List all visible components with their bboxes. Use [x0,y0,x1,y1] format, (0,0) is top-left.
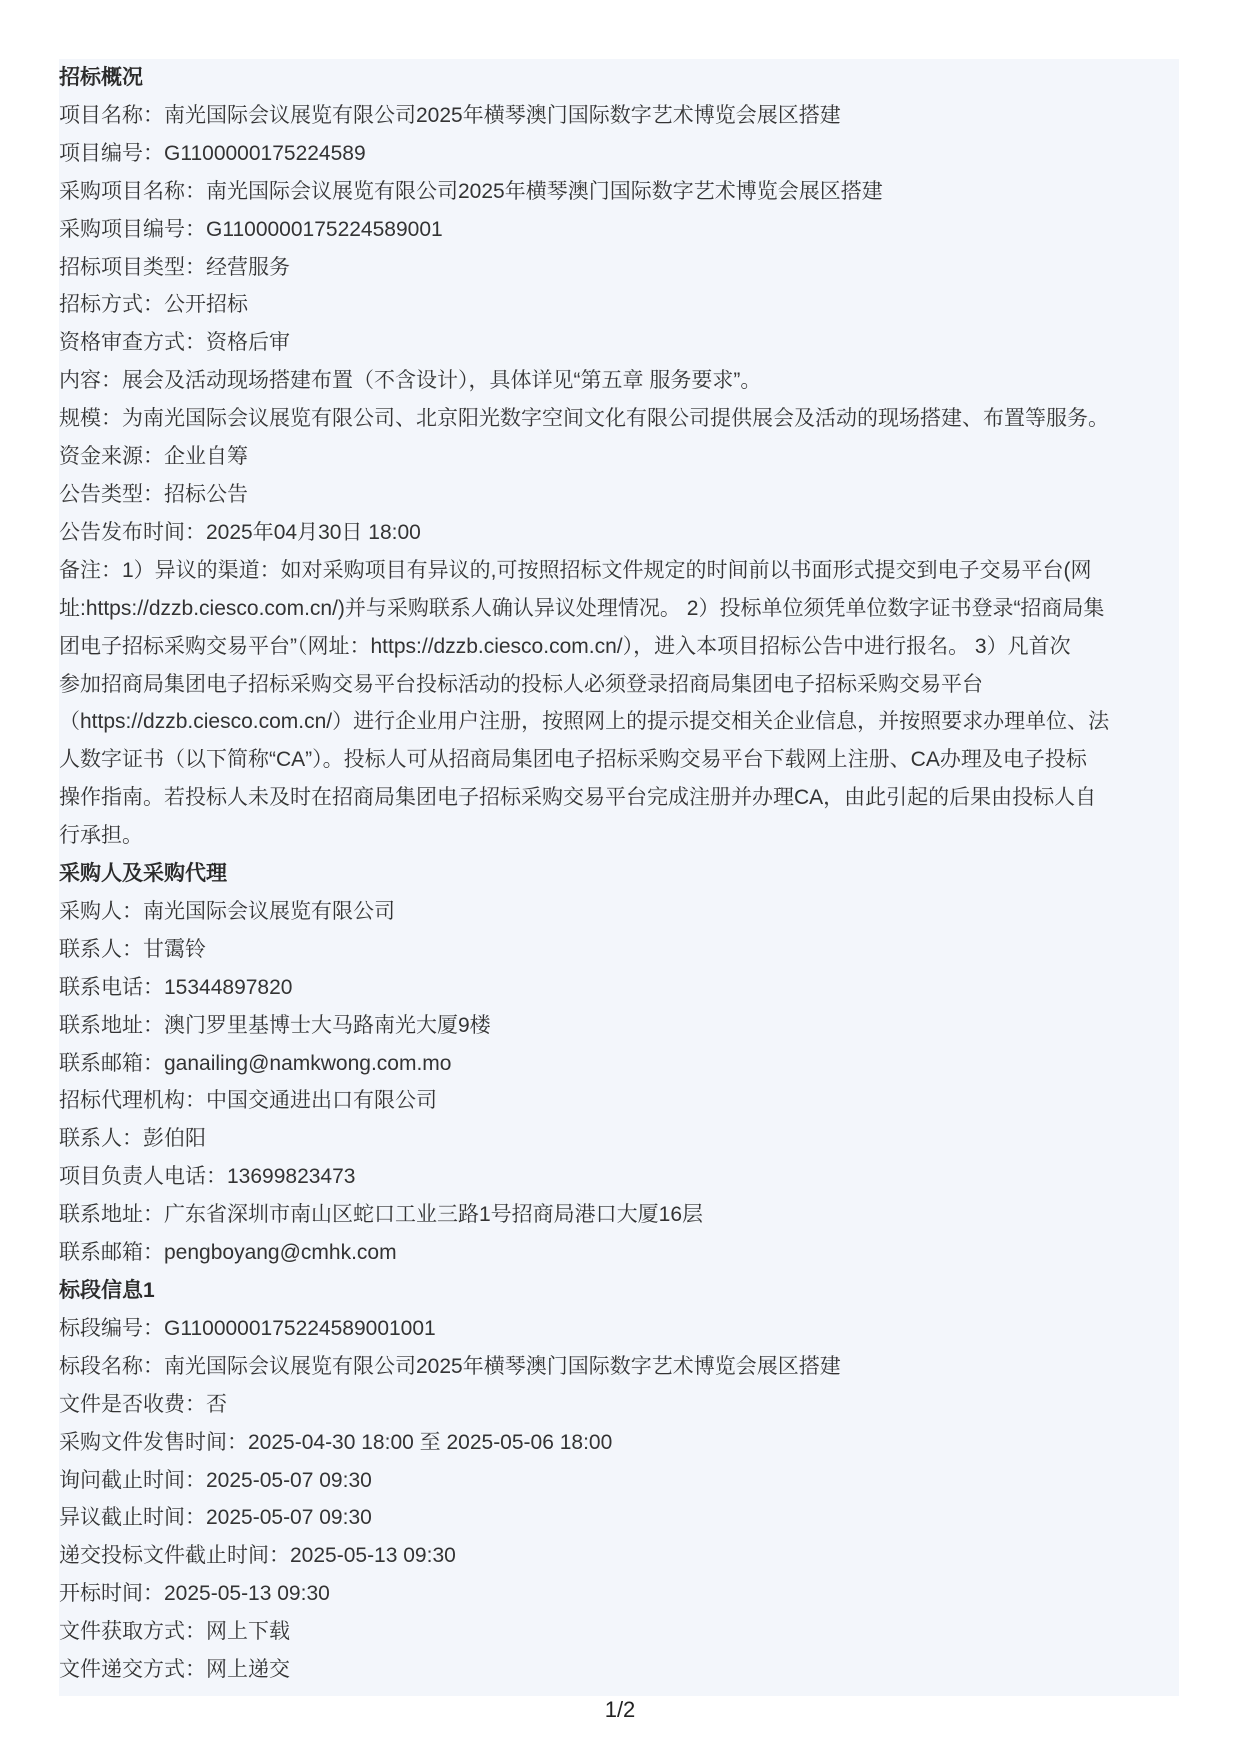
field-scale: 规模：为南光国际会议展览有限公司、北京阳光数字空间文化有限公司提供展会及活动的现… [59,400,1181,438]
field-content: 内容：展会及活动现场搭建布置（不含设计），具体详见“第五章 服务要求”。 [59,362,1181,400]
notes-block: 备注：1）异议的渠道：如对采购项目有异议的,可按照招标文件规定的时间前以书面形式… [59,552,1181,855]
notes-line: 址:https://dzzb.ciesco.com.cn/)并与采购联系人确认异… [59,590,1181,628]
document-body: 招标概况 项目名称：南光国际会议展览有限公司2025年横琴澳门国际数字艺术博览会… [59,59,1181,1689]
page-number: 1/2 [0,1692,1240,1728]
field-project-name: 项目名称：南光国际会议展览有限公司2025年横琴澳门国际数字艺术博览会展区搭建 [59,97,1181,135]
notes-line: 人数字证书（以下简称“CA”）。投标人可从招商局集团电子招标采购交易平台下载网上… [59,741,1181,779]
field-procurement-project-name: 采购项目名称：南光国际会议展览有限公司2025年横琴澳门国际数字艺术博览会展区搭… [59,173,1181,211]
field-document-acquisition: 文件获取方式：网上下载 [59,1613,1181,1651]
notes-line: 团电子招标采购交易平台”（网址：https://dzzb.ciesco.com.… [59,628,1181,666]
field-inquiry-deadline: 询问截止时间：2025-05-07 09:30 [59,1462,1181,1500]
field-announcement-type: 公告类型：招标公告 [59,476,1181,514]
field-project-number: 项目编号：G1100000175224589 [59,135,1181,173]
field-document-sale-period: 采购文件发售时间：2025-04-30 18:00 至 2025-05-06 1… [59,1424,1181,1462]
notes-line: （https://dzzb.ciesco.com.cn/）进行企业用户注册，按照… [59,703,1181,741]
section-heading-lot1: 标段信息1 [59,1272,1181,1310]
field-tender-project-type: 招标项目类型：经营服务 [59,249,1181,287]
section-heading-overview: 招标概况 [59,59,1181,97]
field-lot-number: 标段编号：G1100000175224589001001 [59,1310,1181,1348]
field-agent-phone: 项目负责人电话：13699823473 [59,1158,1181,1196]
field-lot-name: 标段名称：南光国际会议展览有限公司2025年横琴澳门国际数字艺术博览会展区搭建 [59,1348,1181,1386]
field-objection-deadline: 异议截止时间：2025-05-07 09:30 [59,1499,1181,1537]
field-qualification-review: 资格审查方式：资格后审 [59,324,1181,362]
field-agent-email: 联系邮箱：pengboyang@cmhk.com [59,1234,1181,1272]
field-bid-opening-time: 开标时间：2025-05-13 09:30 [59,1575,1181,1613]
field-funding-source: 资金来源：企业自筹 [59,438,1181,476]
section-heading-purchaser: 采购人及采购代理 [59,855,1181,893]
field-purchaser-address: 联系地址：澳门罗里基博士大马路南光大厦9楼 [59,1007,1181,1045]
field-document-fee: 文件是否收费：否 [59,1386,1181,1424]
field-purchaser-contact: 联系人：甘霭铃 [59,931,1181,969]
field-procurement-project-number: 采购项目编号：G1100000175224589001 [59,211,1181,249]
notes-line: 参加招商局集团电子招标采购交易平台投标活动的投标人必须登录招商局集团电子招标采购… [59,666,1181,704]
field-document-submission: 文件递交方式：网上递交 [59,1651,1181,1689]
field-publish-time: 公告发布时间：2025年04月30日 18:00 [59,514,1181,552]
field-purchaser-email: 联系邮箱：ganailing@namkwong.com.mo [59,1045,1181,1083]
field-purchaser-phone: 联系电话：15344897820 [59,969,1181,1007]
notes-line: 行承担。 [59,817,1181,855]
field-bid-submission-deadline: 递交投标文件截止时间：2025-05-13 09:30 [59,1537,1181,1575]
notes-line: 备注：1）异议的渠道：如对采购项目有异议的,可按照招标文件规定的时间前以书面形式… [59,552,1181,590]
field-agent-address: 联系地址：广东省深圳市南山区蛇口工业三路1号招商局港口大厦16层 [59,1196,1181,1234]
field-purchaser: 采购人：南光国际会议展览有限公司 [59,893,1181,931]
field-agent-contact: 联系人：彭伯阳 [59,1120,1181,1158]
field-tender-method: 招标方式：公开招标 [59,286,1181,324]
notes-line: 操作指南。若投标人未及时在招商局集团电子招标采购交易平台完成注册并办理CA，由此… [59,779,1181,817]
field-agent: 招标代理机构：中国交通进出口有限公司 [59,1082,1181,1120]
